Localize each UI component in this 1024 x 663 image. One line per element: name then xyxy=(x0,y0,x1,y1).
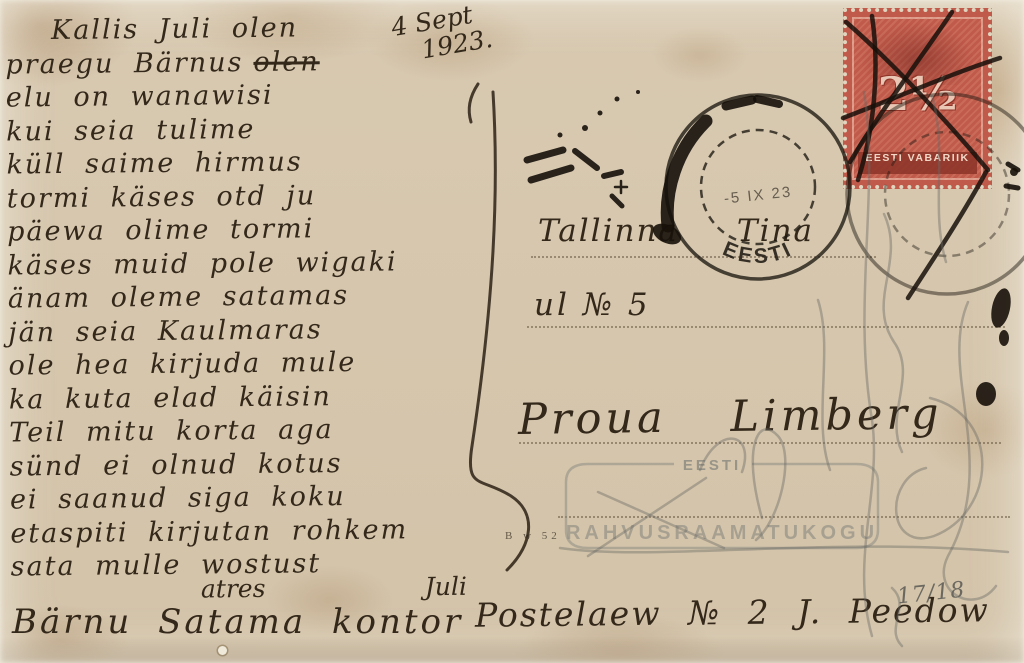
message-line: kui seia tulime xyxy=(6,110,488,149)
stamp-value: 2½ xyxy=(854,67,981,121)
postage-stamp: 2½ EESTI VABARIIK xyxy=(843,8,992,189)
library-stamp-line2: RAHVUSRAAMATUKOGU xyxy=(566,522,878,544)
address-rule-line xyxy=(527,326,1005,328)
address-rule-line xyxy=(531,256,876,258)
message-line: sünd ei olnud kotus xyxy=(9,445,491,484)
message-line: käses muid pole wigaki xyxy=(7,244,489,283)
street-name: Tina xyxy=(737,213,814,249)
address-line-number: ul № 5 xyxy=(534,287,651,323)
message-line: etaspiti kirjutan rohkem xyxy=(10,512,492,551)
message-line: elu on wanawisi xyxy=(6,76,488,115)
handwritten-message: 4 Sept 1923. Kallis Juli olen praegu Bär… xyxy=(5,9,493,607)
message-line: tormi käses otd ju xyxy=(7,177,489,216)
message-line: jän seia Kaulmaras xyxy=(8,311,490,350)
pin-hole xyxy=(218,646,227,655)
ink-smudge xyxy=(527,90,640,206)
ink-blots xyxy=(976,168,1018,406)
postmark-date: -5 IX 23 xyxy=(723,183,793,207)
stamp-frame: 2½ EESTI VABARIIK xyxy=(852,17,983,180)
signature: Juli xyxy=(425,570,467,602)
library-stamp-line1: EESTI xyxy=(683,457,741,474)
message-line: ole hea kirjuda mule xyxy=(8,344,490,383)
sender-line: Bärnu Satama kontor Postelaew № 2 J. Pee… xyxy=(12,602,1022,642)
sender-address: Bärnu Satama kontor xyxy=(12,602,463,642)
address-line-city: TallinnaTina xyxy=(538,213,814,249)
message-line: Teil mitu korta aga xyxy=(9,411,491,450)
postmark-left: EESTI -5 IX 23 xyxy=(650,95,850,279)
address-rule-line xyxy=(558,516,1010,518)
printer-imprint: B w 52 xyxy=(505,530,561,542)
message-line: ei saanud siga koku xyxy=(10,478,492,517)
message-line: küll saime hirmus xyxy=(6,143,488,182)
stamp-country-label: EESTI VABARIIK xyxy=(858,152,977,174)
struck-word: olen xyxy=(253,46,320,78)
message-line: päewa olime tormi xyxy=(7,210,489,249)
closing-word: atres xyxy=(201,572,266,605)
postcard-back: 4 Sept 1923. Kallis Juli olen praegu Bär… xyxy=(0,0,1024,663)
library-stamp: EESTI RAHVUSRAAMATUKOGU xyxy=(566,457,878,548)
message-line: ka kuta elad käisin xyxy=(9,378,491,417)
message-line: änam oleme satamas xyxy=(8,277,490,316)
address-line-recipient: Proua Limberg xyxy=(518,389,943,445)
